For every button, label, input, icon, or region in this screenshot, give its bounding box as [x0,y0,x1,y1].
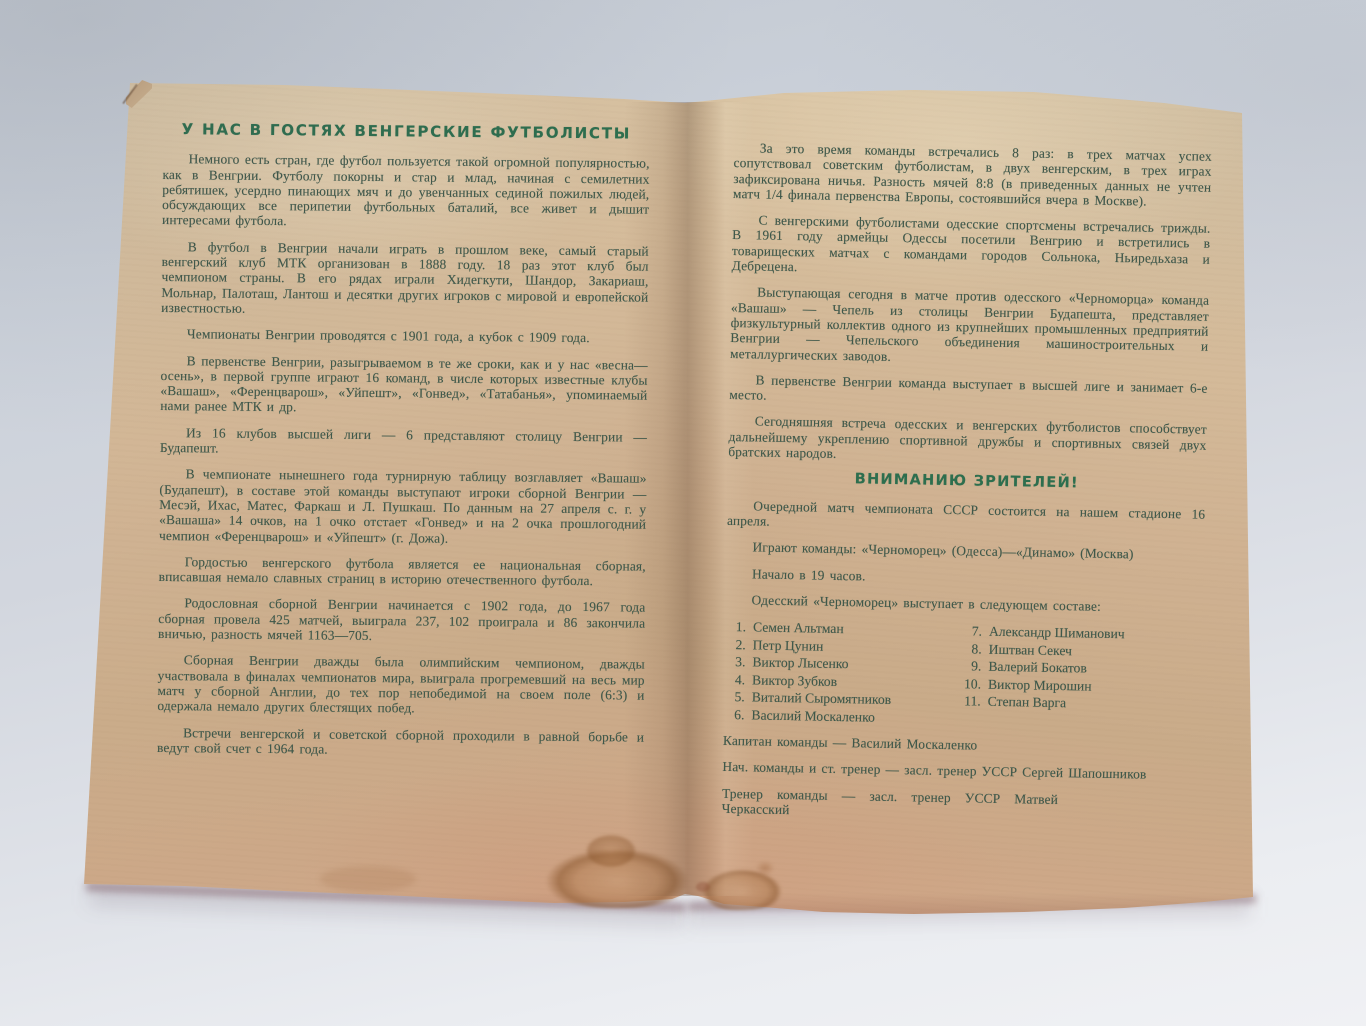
player-name: Иштван Секеч [989,640,1073,659]
left-page-text: У НАС В ГОСТЯХ ВЕНГЕРСКИЕ ФУТБОЛИСТЫ Нем… [157,122,650,771]
stain-spot [696,882,710,892]
player-name: Валерий Бокатов [988,658,1087,677]
player-number: 2. [729,636,753,654]
staff-coach-line: Тренер команды — засл. тренер УССР Матве… [722,786,1059,823]
player-number: 1. [729,618,753,636]
lineup-item: 11.Степан Варга [964,692,1202,714]
player-name: Петр Цунин [753,636,824,655]
lineup-column-right: 7.Александр Шиманович 8.Иштван Секеч 9.В… [963,622,1203,731]
player-name: Виктор Лысенко [752,654,848,673]
right-page-paragraph: Выступающая сегодня в матче против одесс… [730,284,1209,369]
right-page-paragraph: За это время команды встречались 8 раз: … [733,140,1212,210]
teams-line: Играют команды: «Черноморец» (Одесса)—«Д… [726,539,1204,563]
photo-of-football-programme: У НАС В ГОСТЯХ ВЕНГЕРСКИЕ ФУТБОЛИСТЫ Нем… [0,0,1366,1026]
player-number: 11. [964,692,988,710]
open-booklet: У НАС В ГОСТЯХ ВЕНГЕРСКИЕ ФУТБОЛИСТЫ Нем… [84,76,1256,918]
player-name: Виктор Зубков [752,671,837,690]
player-number: 5. [728,688,752,706]
lineup-column-left: 1.Семен Альтман 2.Петр Цунин 3.Виктор Лы… [723,618,965,727]
left-page-paragraph: В первенстве Венгрии, разыгрываемом в те… [160,353,648,419]
stain-spot [752,858,778,878]
lineup-item: 6.Василий Москаленко [727,706,963,728]
player-number: 6. [727,706,751,724]
left-page-paragraph: Немного есть стран, где футбол пользуетс… [162,151,650,232]
player-name: Василий Москаленко [751,706,875,726]
player-number: 9. [964,657,988,675]
player-number: 3. [728,653,752,671]
stain-spot [320,866,416,892]
left-page-paragraph: В чемпионате нынешнего года турнирную та… [159,466,647,547]
staff-head-coach-line: Нач. команды и ст. тренер — засл. тренер… [722,759,1152,782]
left-page-paragraph: Чемпионаты Венгрии проводятся с 1901 год… [161,326,648,346]
left-page-paragraph: Из 16 клубов высшей лиги — 6 представляю… [160,425,647,460]
match-announcement: Очередной матч чемпионата СССР состоится… [727,498,1205,537]
right-page-paragraph: Сегодняшняя встреча одесских и венгерски… [728,413,1207,468]
notice-heading: ВНИМАНИЮ ЗРИТЕЛЕЙ! [728,470,1206,494]
left-page-paragraph: Встречи венгерской и советской сборной п… [157,724,644,759]
staff-captain-line: Капитан команды — Василий Москаленко [723,733,1201,757]
left-page-paragraph: Родословная сборной Венгрии начинается с… [158,595,645,646]
player-number: 7. [965,622,989,640]
water-stain [576,828,646,874]
player-number: 8. [965,640,989,658]
left-page-paragraph: Гордостью венгерского футбола является е… [159,554,646,589]
lineup-list: 1.Семен Альтман 2.Петр Цунин 3.Виктор Лы… [723,618,1203,732]
left-page-paragraph: В футбол в Венгрии начали играть в прошл… [161,239,649,320]
left-page-paragraph: Сборная Венгрии дважды была олимпийским … [157,652,645,718]
player-number: 10. [964,675,988,693]
player-name: Степан Варга [988,693,1067,712]
right-page-text: За это время команды встречались 8 раз: … [722,140,1212,825]
player-name: Виктор Мирошин [988,675,1092,694]
right-page-paragraph: С венгерскими футболистами одесские спор… [732,212,1211,282]
article-title: У НАС В ГОСТЯХ ВЕНГЕРСКИЕ ФУТБОЛИСТЫ [163,122,650,142]
right-page-paragraph: В первенстве Венгрии команда выступает в… [729,372,1207,411]
kickoff-time: Начало в 19 часов. [726,565,1204,589]
player-name: Семен Альтман [753,619,844,638]
lineup-intro: Одесский «Черноморец» выступает в следую… [725,592,1203,616]
player-number: 4. [728,671,752,689]
